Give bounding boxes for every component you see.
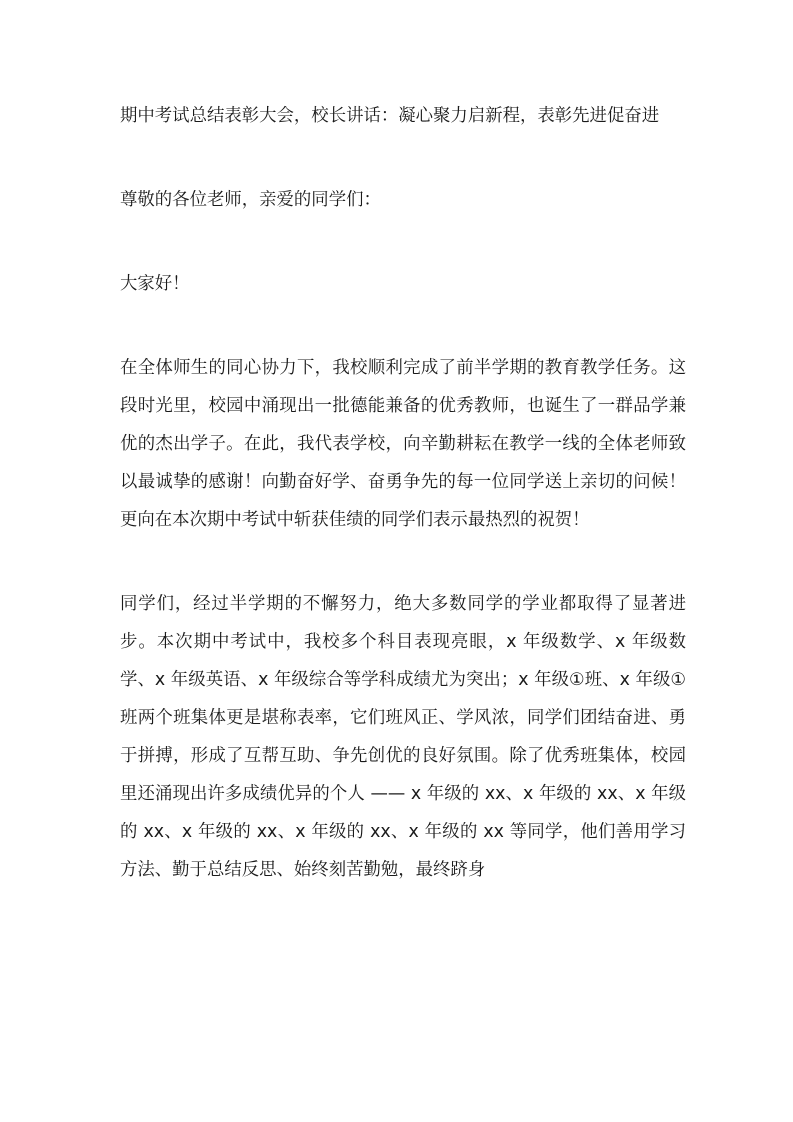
greeting: 大家好！ [120, 265, 686, 303]
salutation: 尊敬的各位老师，亲爱的同学们： [120, 181, 686, 219]
document-title: 期中考试总结表彰大会，校长讲话：凝心聚力启新程，表彰先进促奋进 [120, 97, 686, 135]
document-page: 期中考试总结表彰大会，校长讲话：凝心聚力启新程，表彰先进促奋进 尊敬的各位老师，… [120, 97, 686, 935]
body-paragraph: 同学们，经过半学期的不懈努力，绝大多数同学的学业都取得了显著进步。本次期中考试中… [120, 585, 686, 889]
body-paragraph: 在全体师生的同心协力下，我校顺利完成了前半学期的教育教学任务。这段时光里，校园中… [120, 349, 686, 539]
